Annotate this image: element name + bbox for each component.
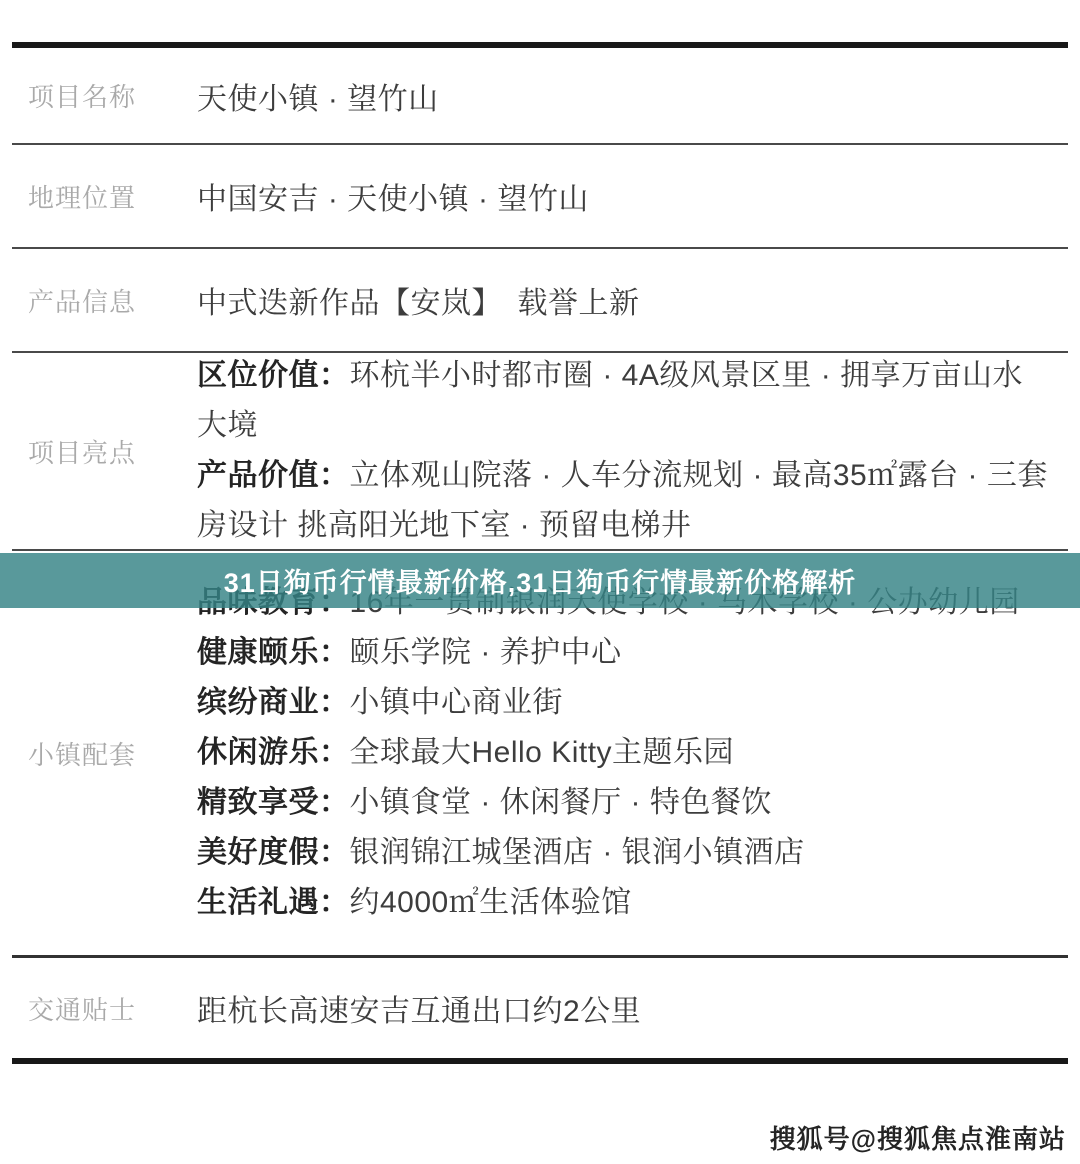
row-value: 距杭长高速安吉互通出口约2公里 (197, 986, 641, 1030)
sohu-watermark: 搜狐号@搜狐焦点淮南站 (770, 1119, 1066, 1156)
amenities-content: 品味教育：16年一贯制银润天使学校 · 马术学校 · 公办幼儿园 健康颐乐：颐乐… (197, 578, 1049, 928)
info-table: 项目名称 天使小镇 · 望竹山 地理位置 中国安吉 · 天使小镇 · 望竹山 产… (12, 0, 1068, 1064)
amenity-key: 休闲游乐： (197, 736, 350, 769)
row-value: 天使小镇 · 望竹山 (197, 74, 439, 118)
row-label: 项目亮点 (28, 433, 197, 470)
row-amenities: 小镇配套 品味教育：16年一贯制银润天使学校 · 马术学校 · 公办幼儿园 健康… (12, 551, 1068, 955)
row-value: 中式迭新作品【安岚】 载誉上新 (197, 278, 640, 322)
highlight-line: 产品价值：立体观山院落 · 人车分流规划 · 最高35㎡露台 · 三套房设计 挑… (197, 451, 1049, 551)
amenity-value: 约4000㎡生活体验馆 (350, 886, 632, 919)
amenity-key: 美好度假： (197, 836, 350, 869)
row-label: 产品信息 (28, 282, 197, 319)
row-product-info: 产品信息 中式迭新作品【安岚】 载誉上新 (12, 249, 1068, 351)
highlight-line: 区位价值：环杭半小时都市圈 · 4A级风景区里 · 拥享万亩山水大境 (197, 351, 1049, 451)
highlight-key: 区位价值： (197, 359, 350, 392)
top-margin (12, 0, 1068, 42)
row-highlights: 项目亮点 区位价值：环杭半小时都市圈 · 4A级风景区里 · 拥享万亩山水大境 … (12, 353, 1068, 549)
row-value: 中国安吉 · 天使小镇 · 望竹山 (197, 174, 589, 218)
row-project-name: 项目名称 天使小镇 · 望竹山 (12, 48, 1068, 143)
row-label: 小镇配套 (28, 735, 197, 772)
amenity-value: 小镇食堂 · 休闲餐厅 · 特色餐饮 (350, 786, 772, 819)
highlights-content: 区位价值：环杭半小时都市圈 · 4A级风景区里 · 拥享万亩山水大境 产品价值：… (197, 351, 1049, 551)
row-location: 地理位置 中国安吉 · 天使小镇 · 望竹山 (12, 145, 1068, 247)
row-label: 项目名称 (28, 77, 197, 114)
amenity-value: 颐乐学院 · 养护中心 (350, 636, 622, 669)
row-label: 交通贴士 (28, 990, 197, 1027)
row-traffic-tips: 交通贴士 距杭长高速安吉互通出口约2公里 (12, 958, 1068, 1058)
amenity-key: 精致享受： (197, 786, 350, 819)
page: 项目名称 天使小镇 · 望竹山 地理位置 中国安吉 · 天使小镇 · 望竹山 产… (0, 0, 1080, 1164)
amenity-key: 缤纷商业： (197, 686, 350, 719)
amenity-value: 全球最大Hello Kitty主题乐园 (350, 736, 735, 769)
amenity-value: 小镇中心商业街 (350, 686, 564, 719)
amenity-line: 缤纷商业：小镇中心商业街 (197, 678, 1049, 728)
banner-title: 31日狗币行情最新价格,31日狗币行情最新价格解析 (224, 561, 857, 600)
amenity-line: 精致享受：小镇食堂 · 休闲餐厅 · 特色餐饮 (197, 778, 1049, 828)
amenity-line: 美好度假：银润锦江城堡酒店 · 银润小镇酒店 (197, 828, 1049, 878)
title-overlay-banner: 31日狗币行情最新价格,31日狗币行情最新价格解析 (0, 553, 1080, 608)
table-bottom-border (12, 1058, 1068, 1064)
row-label: 地理位置 (28, 178, 197, 215)
amenity-line: 生活礼遇：约4000㎡生活体验馆 (197, 878, 1049, 928)
amenity-key: 健康颐乐： (197, 636, 350, 669)
amenity-key: 生活礼遇： (197, 886, 350, 919)
amenity-value: 银润锦江城堡酒店 · 银润小镇酒店 (350, 836, 805, 869)
highlight-key: 产品价值： (197, 459, 350, 492)
amenity-line: 健康颐乐：颐乐学院 · 养护中心 (197, 628, 1049, 678)
amenity-line: 休闲游乐：全球最大Hello Kitty主题乐园 (197, 728, 1049, 778)
